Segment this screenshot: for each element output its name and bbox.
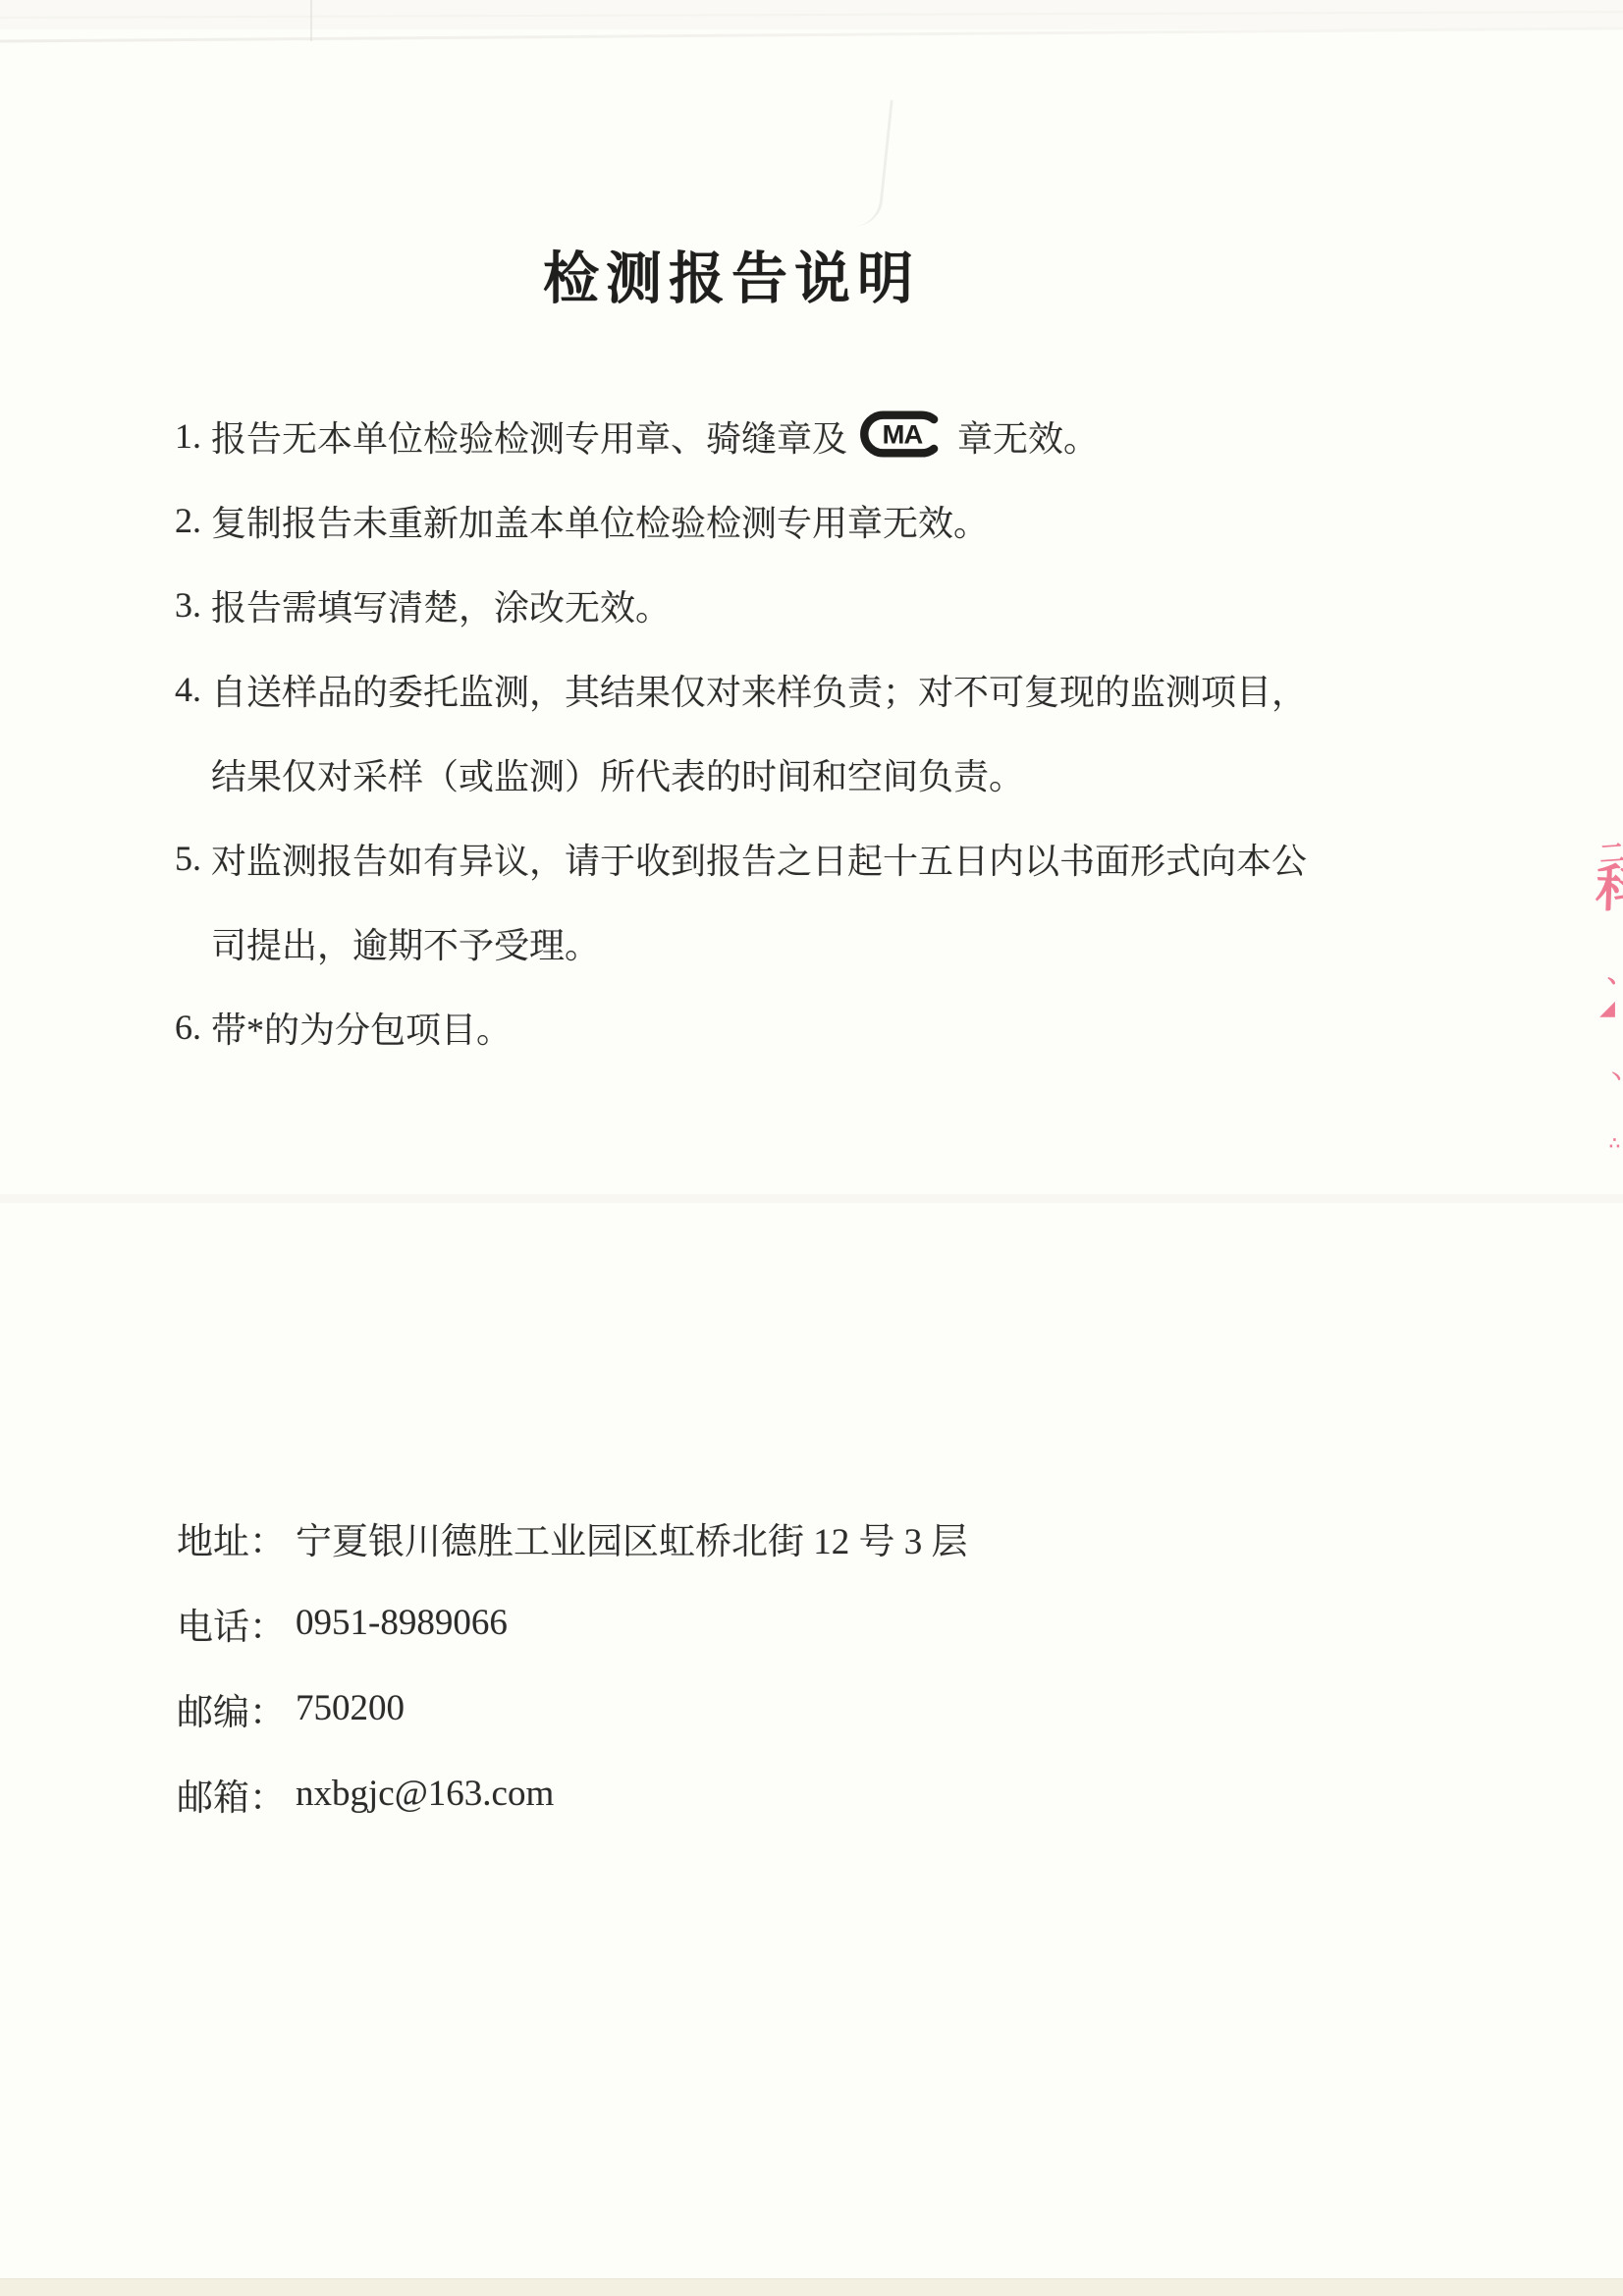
note-text: 对监测报告如有异议，请于收到报告之日起十五日内以书面形式向本公 bbox=[211, 834, 1307, 884]
note-item-6: 6. 带*的为分包项目。 bbox=[175, 985, 1544, 1069]
edge-stamp-fragment: 科 bbox=[1595, 863, 1623, 916]
edge-stamp-fragment: 、 bbox=[1607, 960, 1623, 986]
postal-code-label: 邮编： bbox=[177, 1682, 286, 1735]
edge-stamp-fragment: ◢ bbox=[1600, 1000, 1615, 1018]
note-item-1: 1. 报告无本单位检验检测专用章、骑缝章及 MA 章无效。 bbox=[175, 394, 1544, 478]
email-value: nxbgjc@163.com bbox=[296, 1773, 554, 1815]
note-number: 2. bbox=[175, 500, 211, 541]
phone-value: 0951-8989066 bbox=[296, 1602, 508, 1644]
scanned-report-page: { "document": { "title": "检测报告说明", "note… bbox=[0, 0, 1623, 2296]
note-number: 1. bbox=[175, 415, 211, 457]
edge-stamp-fragment: ∴ bbox=[1609, 1135, 1620, 1152]
note-text: 自送样品的委托监测，其结果仅对来样负责；对不可复现的监测项目， bbox=[211, 665, 1307, 715]
note-text: 司提出，逾期不予受理。 bbox=[175, 918, 600, 968]
email-label: 邮箱： bbox=[177, 1768, 286, 1821]
note-item-4-line-2: 结果仅对采样（或监测）所代表的时间和空间负责。 bbox=[175, 732, 1544, 816]
address-value: 宁夏银川德胜工业园区虹桥北街 12 号 3 层 bbox=[296, 1511, 968, 1564]
contact-address: 地址： 宁夏银川德胜工业园区虹桥北街 12 号 3 层 bbox=[177, 1495, 968, 1580]
scan-artifact-mid-band bbox=[0, 1194, 1623, 1203]
page-title: 检测报告说明 bbox=[543, 234, 920, 314]
note-number: 3. bbox=[175, 584, 211, 626]
note-item-5-line-1: 5. 对监测报告如有异议，请于收到报告之日起十五日内以书面形式向本公 bbox=[175, 816, 1544, 901]
note-number: 5. bbox=[175, 838, 211, 879]
contact-postal-code: 邮编： 750200 bbox=[177, 1666, 968, 1751]
note-item-4-line-1: 4. 自送样品的委托监测，其结果仅对来样负责；对不可复现的监测项目， bbox=[175, 647, 1544, 732]
note-text: 报告需填写清楚，涂改无效。 bbox=[211, 580, 671, 630]
phone-label: 电话： bbox=[177, 1597, 286, 1650]
note-item-3: 3. 报告需填写清楚，涂改无效。 bbox=[175, 563, 1544, 647]
contact-email: 邮箱： nxbgjc@163.com bbox=[177, 1751, 968, 1836]
note-item-5-line-2: 司提出，逾期不予受理。 bbox=[175, 901, 1544, 985]
scan-artifact-vertical-line bbox=[310, 0, 312, 41]
note-text: 带*的为分包项目。 bbox=[211, 1003, 512, 1053]
note-text-before-cma: 报告无本单位检验检测专用章、骑缝章及 bbox=[211, 411, 847, 462]
note-text-after-cma: 章无效。 bbox=[957, 411, 1099, 462]
address-label: 地址： bbox=[177, 1511, 286, 1564]
edge-stamp-fragment: 丶 bbox=[1606, 1068, 1623, 1088]
cma-mark-letters: MA bbox=[883, 419, 923, 450]
note-number: 4. bbox=[175, 669, 211, 710]
note-text: 复制报告未重新加盖本单位检验检测专用章无效。 bbox=[211, 496, 989, 546]
postal-code-value: 750200 bbox=[296, 1687, 405, 1729]
cma-mark-icon: MA bbox=[859, 408, 946, 461]
notes-list: 1. 报告无本单位检验检测专用章、骑缝章及 MA 章无效。 2. 复制报告未重新… bbox=[175, 394, 1544, 1069]
note-item-2: 2. 复制报告未重新加盖本单位检验检测专用章无效。 bbox=[175, 478, 1544, 563]
scan-artifact-pencil-mark bbox=[851, 97, 893, 229]
contact-phone: 电话： 0951-8989066 bbox=[177, 1580, 968, 1666]
note-text: 结果仅对采样（或监测）所代表的时间和空间负责。 bbox=[175, 749, 1024, 799]
note-number: 6. bbox=[175, 1007, 211, 1048]
contact-block: 地址： 宁夏银川德胜工业园区虹桥北街 12 号 3 层 电话： 0951-898… bbox=[177, 1495, 968, 1836]
scan-artifact-bottom-band bbox=[0, 2278, 1623, 2296]
